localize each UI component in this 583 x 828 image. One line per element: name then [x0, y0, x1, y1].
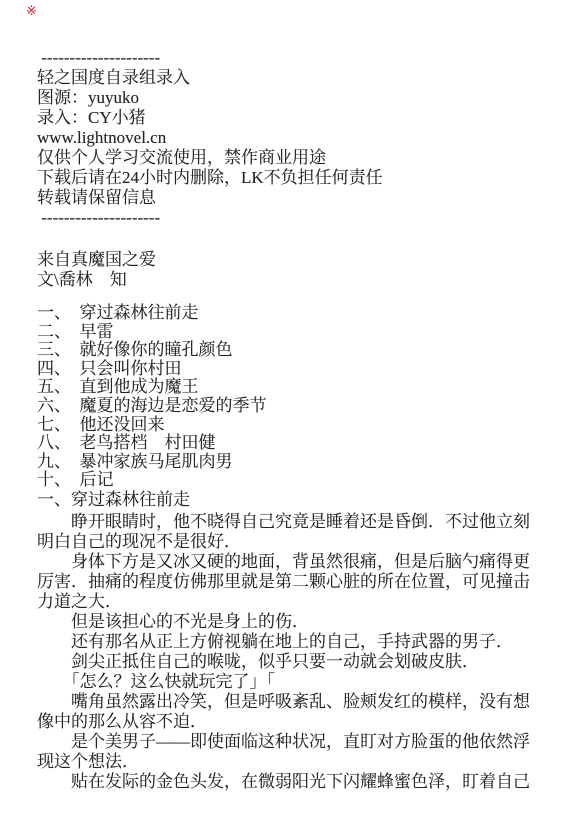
header-line: www.lightnovel.cn: [37, 128, 383, 148]
paragraph-line: 身体下方是又冰又硬的地面，背虽然很痛，但是后脑勺痛得更: [37, 552, 530, 572]
paragraph-line: 像中的那么从容不迫．: [37, 712, 530, 732]
header-line: 仅供个人学习交流使用，禁作商业用途: [37, 148, 383, 168]
table-of-contents: 一、 穿过森林往前走二、 早雷三、 就好像你的瞳孔颜色四、 只会叫你村田五、 直…: [37, 304, 267, 490]
paragraph-line: 明白自己的现况不是很好．: [37, 532, 530, 552]
header-line: 下载后请在24小时内删除，LK不负担任何责任: [37, 168, 383, 188]
paragraph-line: 「怎么？这么快就玩完了」「: [37, 672, 530, 692]
toc-item: 五、 直到他成为魔王: [37, 378, 267, 397]
paragraph-line: 力道之大．: [37, 592, 530, 612]
paragraph-line: 睁开眼睛时，他不晓得自己究竟是睡着还是昏倒．不过他立刻: [37, 512, 530, 532]
paragraph-line: 还有那名从正上方俯视躺在地上的自己，手持武器的男子．: [37, 632, 530, 652]
red-corner-mark-icon: ※: [26, 4, 37, 18]
paragraph-line: 贴在发际的金色头发，在微弱阳光下闪耀蜂蜜色泽，盯着自己: [37, 772, 530, 792]
toc-item: 七、 他还没回来: [37, 416, 267, 435]
header-line: ---------------------: [37, 48, 383, 68]
paragraph-line: 现这个想法．: [37, 752, 530, 772]
chapter-heading: 一、穿过森林往前走: [37, 490, 190, 510]
document-title: 来自真魔国之爱: [37, 250, 156, 270]
header-line: 录入：CY小猪: [37, 108, 383, 128]
toc-item: 六、 魔夏的海边是恋爱的季节: [37, 397, 267, 416]
toc-item: 二、 早雷: [37, 323, 267, 342]
header-line: 转载请保留信息: [37, 188, 383, 208]
header-info-block: ---------------------轻之国度自录组录入图源：yuyuko录…: [37, 48, 383, 228]
toc-item: 三、 就好像你的瞳孔颜色: [37, 341, 267, 360]
header-line: 轻之国度自录组录入: [37, 68, 383, 88]
header-line: 图源：yuyuko: [37, 88, 383, 108]
toc-item: 九、 暴冲家族马尾肌肉男: [37, 453, 267, 472]
paragraph-line: 但是该担心的不光是身上的伤．: [37, 612, 530, 632]
document-page: ※ ---------------------轻之国度自录组录入图源：yuyuk…: [0, 0, 583, 828]
paragraph-line: 嘴角虽然露出冷笑，但是呼吸紊乱、脸颊发红的模样，没有想: [37, 692, 530, 712]
paragraph-line: 是个美男子——即使面临这种状况，直盯对方脸蛋的他依然浮: [37, 732, 530, 752]
author-line: 文\喬林 知: [37, 270, 156, 290]
paragraph-line: 厉害．抽痛的程度仿佛那里就是第二颗心脏的所在位置，可见撞击: [37, 572, 530, 592]
header-line: ---------------------: [37, 208, 383, 228]
paragraph-line: 剑尖正抵住自己的喉咙，似乎只要一动就会划破皮肤．: [37, 652, 530, 672]
body-text: 睁开眼睛时，他不晓得自己究竟是睡着还是昏倒．不过他立刻明白自己的现况不是很好． …: [37, 512, 530, 792]
title-block: 来自真魔国之爱 文\喬林 知: [37, 250, 156, 290]
toc-item: 一、 穿过森林往前走: [37, 304, 267, 323]
toc-item: 四、 只会叫你村田: [37, 360, 267, 379]
toc-item: 十、 后记: [37, 471, 267, 490]
toc-item: 八、 老鸟搭档 村田健: [37, 434, 267, 453]
